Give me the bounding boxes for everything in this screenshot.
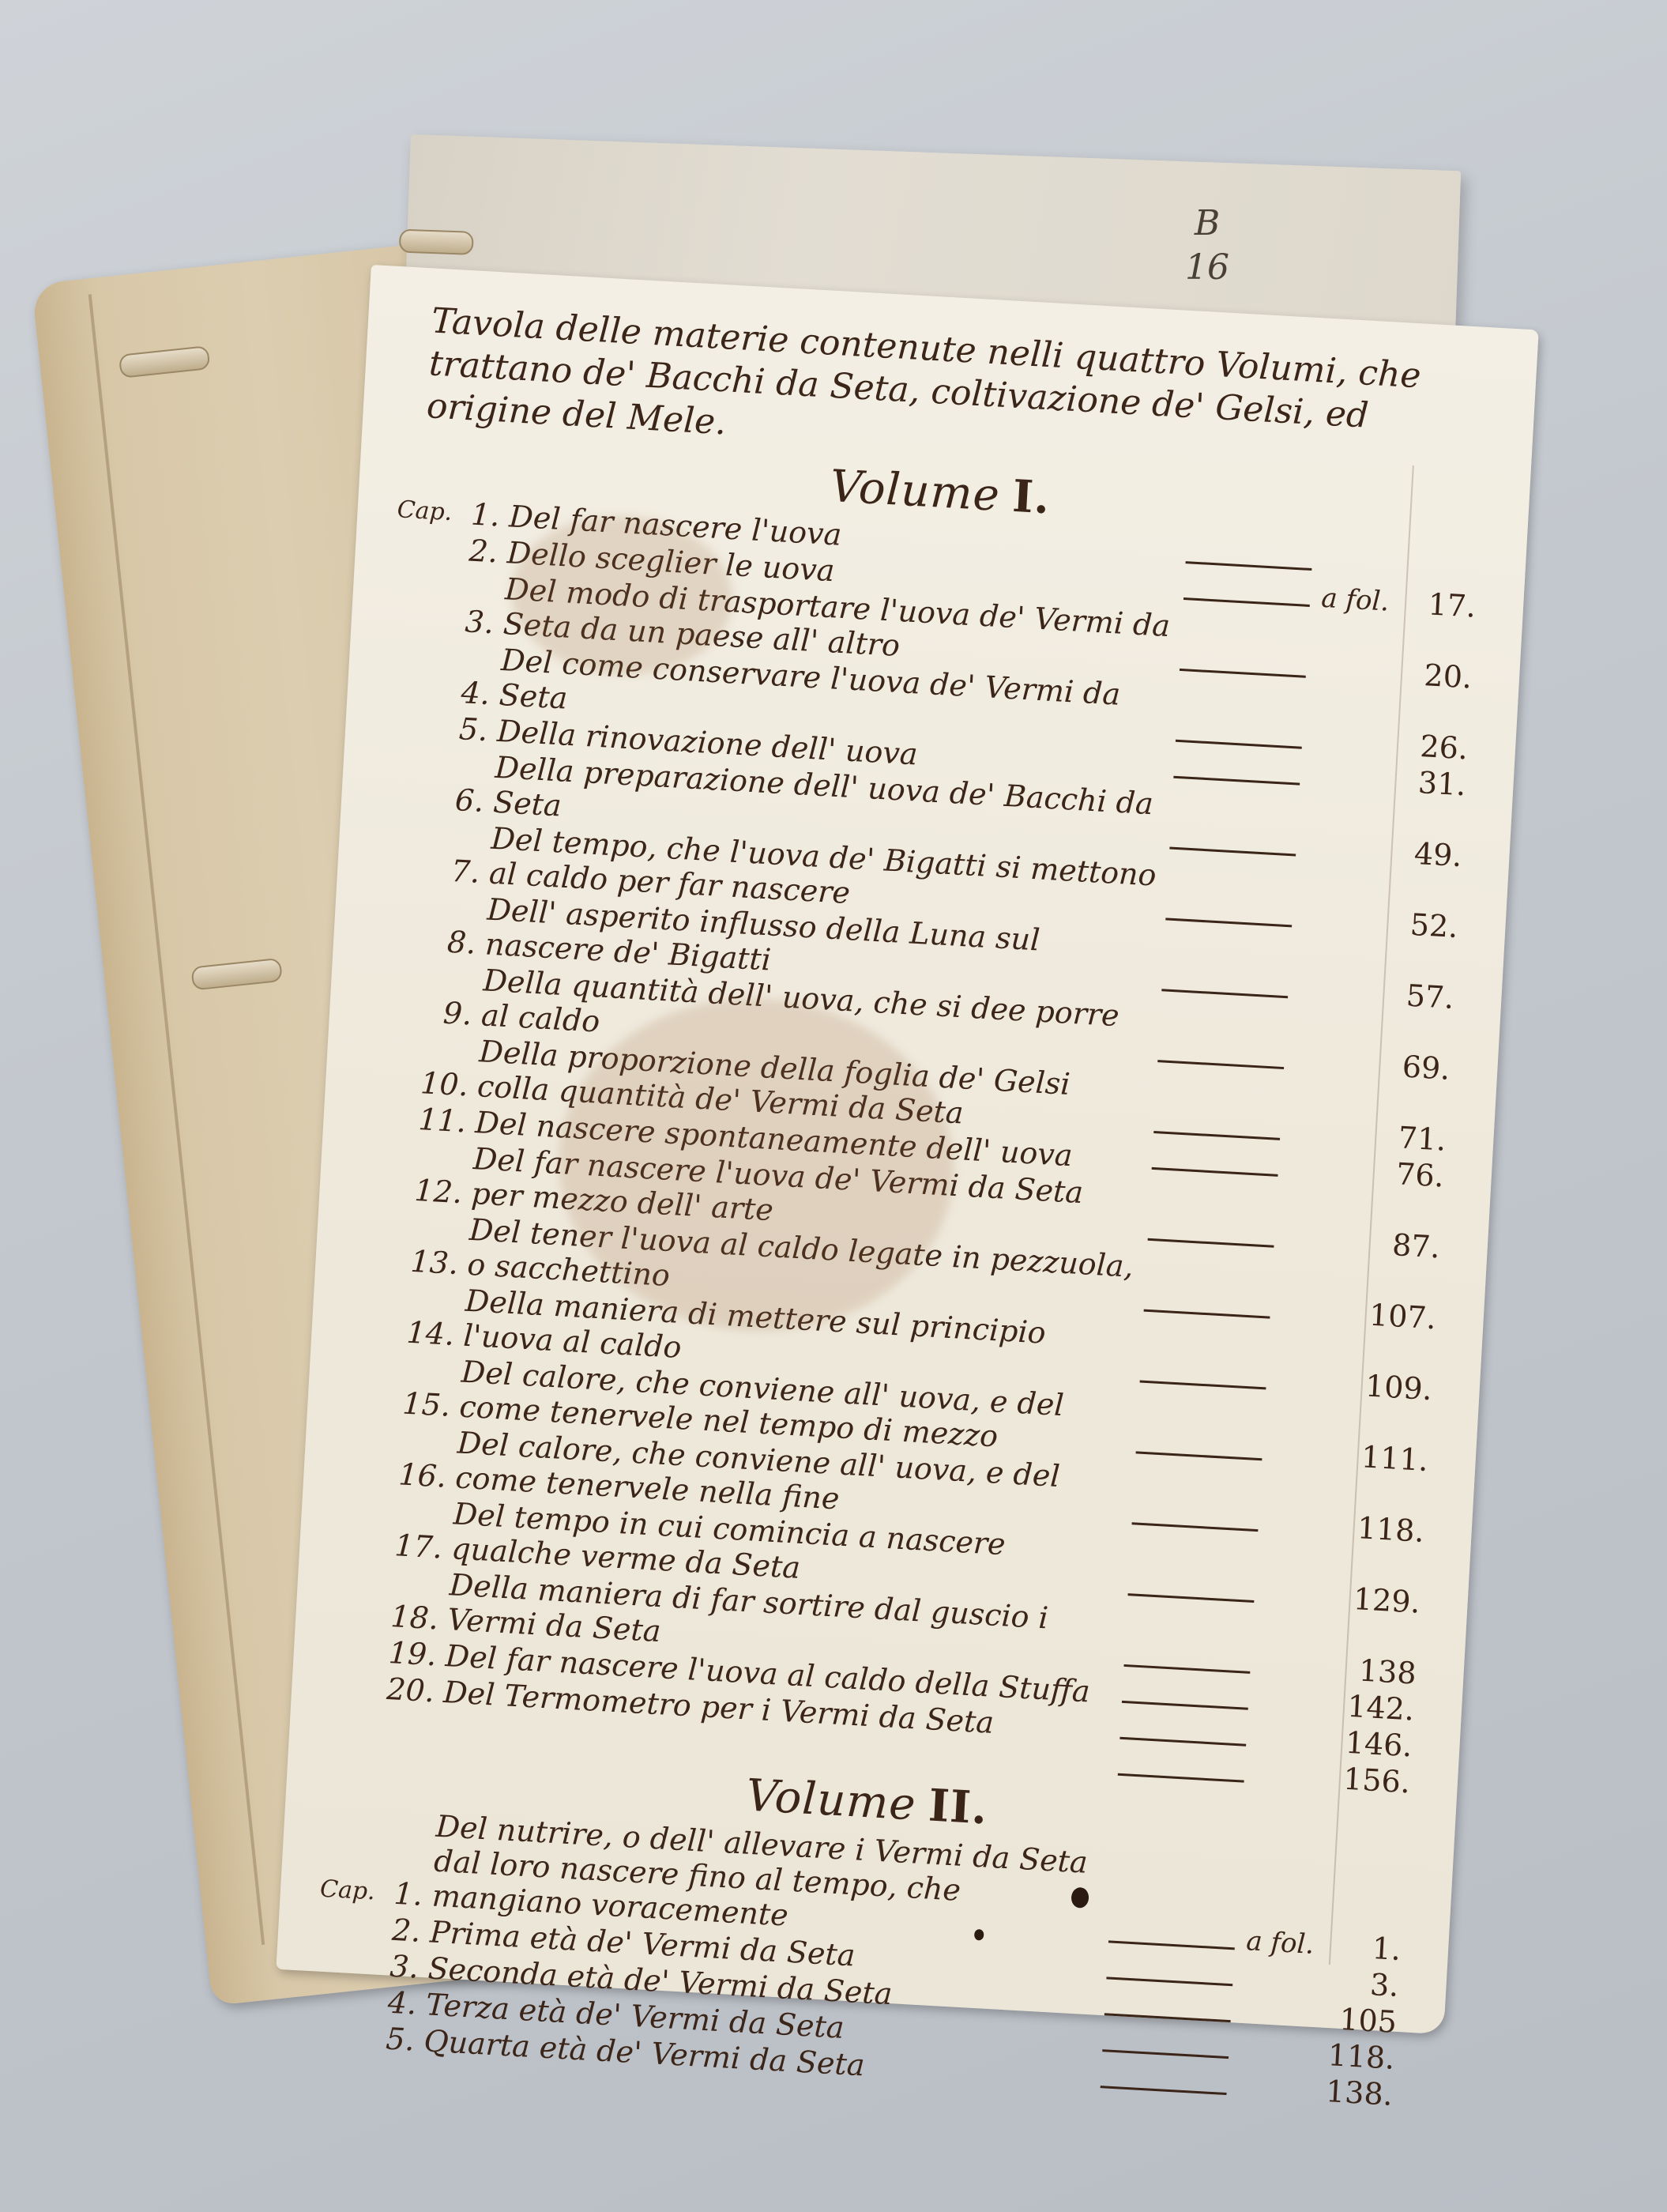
page-number: 26. xyxy=(1380,726,1469,766)
leader-line xyxy=(1169,847,1296,857)
chapter-number: 15. xyxy=(401,1385,460,1423)
leader-line xyxy=(1152,1167,1278,1177)
leader-line xyxy=(1165,918,1292,927)
chapter-number: 4. xyxy=(368,1984,427,2022)
chapter-number: 6. xyxy=(435,782,494,820)
shelfmark-number: 16 xyxy=(1185,246,1229,290)
page-number: 107. xyxy=(1349,1296,1437,1336)
page-number: 69. xyxy=(1362,1047,1451,1087)
leader-line xyxy=(1104,2013,1231,2022)
chapter-number: 18. xyxy=(389,1599,448,1637)
chapter-number: 5. xyxy=(439,710,498,748)
page-number: 109. xyxy=(1345,1367,1433,1407)
page-number: 71. xyxy=(1358,1118,1447,1158)
page-number: 52. xyxy=(1370,905,1458,944)
leader-line xyxy=(1157,1060,1284,1069)
page-number: 20. xyxy=(1384,655,1473,695)
chapter-number: 16. xyxy=(397,1456,456,1494)
spine-fold xyxy=(88,294,265,1945)
leader-line xyxy=(1161,989,1288,998)
page-number: 17. xyxy=(1388,585,1477,624)
folio-label: a fol. xyxy=(1317,581,1390,620)
leader-line xyxy=(1118,1773,1244,1783)
volume-numeral: I. xyxy=(1011,470,1052,525)
shelfmark-letter: B xyxy=(1185,202,1229,246)
volume-heading-word: Volume xyxy=(829,461,1002,522)
page-number: 31. xyxy=(1378,763,1466,802)
leader-line xyxy=(1173,776,1300,786)
folio-label: a fol. xyxy=(1242,1924,1315,1962)
chapter-number: 3. xyxy=(446,603,504,641)
page-number: 138. xyxy=(1305,2073,1394,2112)
chapter-number: 9. xyxy=(423,994,482,1032)
cap-label: Cap. xyxy=(319,1872,376,1910)
folio-label xyxy=(1234,2104,1305,2108)
page-number: 111. xyxy=(1341,1438,1429,1478)
page-number: 105 xyxy=(1309,2000,1398,2040)
page-number: 1. xyxy=(1313,1927,1402,1967)
leader-line xyxy=(1180,669,1306,678)
leader-line xyxy=(1136,1451,1262,1460)
volume-heading-word: Volume xyxy=(745,1770,918,1831)
leader-line xyxy=(1127,1593,1254,1603)
leader-line xyxy=(1106,1976,1232,1986)
page-number: 118. xyxy=(1337,1509,1425,1549)
chapter-number: 20. xyxy=(386,1671,444,1709)
leader-line xyxy=(1122,1701,1248,1710)
leader-line xyxy=(1132,1522,1259,1532)
page-number: 3. xyxy=(1311,1964,1399,2003)
chapter-number: 11. xyxy=(418,1102,476,1140)
leader-line xyxy=(1176,740,1302,749)
volume-numeral: II. xyxy=(928,1779,989,1834)
chapter-number: 14. xyxy=(405,1315,464,1353)
leader-line xyxy=(1119,1737,1246,1747)
folio-label xyxy=(1251,1791,1323,1795)
leader-line xyxy=(1183,597,1310,607)
chapter-number: 1. xyxy=(374,1875,433,1913)
page-number: 146. xyxy=(1324,1724,1413,1763)
chapter-number: 1. xyxy=(451,496,510,533)
chapter-number: 7. xyxy=(431,853,490,891)
leader-line xyxy=(1153,1131,1280,1140)
chapter-number: 5. xyxy=(367,2020,425,2058)
chapter-number: 2. xyxy=(450,532,508,570)
chapter-number: 8. xyxy=(427,923,486,961)
page-number: 57. xyxy=(1366,976,1454,1016)
leader-line xyxy=(1148,1238,1274,1248)
page-number: 76. xyxy=(1357,1154,1445,1193)
chapter-number: 2. xyxy=(372,1911,431,1949)
leader-line xyxy=(1102,2049,1229,2059)
page-number: 118. xyxy=(1307,2037,1395,2076)
leader-line xyxy=(1101,2086,1227,2095)
page-number: 87. xyxy=(1353,1225,1441,1264)
page-number: 138 xyxy=(1328,1652,1417,1691)
leader-line xyxy=(1123,1664,1250,1674)
chapter-number: 17. xyxy=(393,1528,452,1566)
binding-cord xyxy=(190,958,283,991)
cap-label: Cap. xyxy=(397,492,453,530)
binding-cord xyxy=(399,229,474,255)
page-number: 142. xyxy=(1326,1687,1415,1727)
page-number: 49. xyxy=(1374,834,1462,873)
chapter-number: 19. xyxy=(388,1635,446,1673)
chapter-number xyxy=(384,1743,441,1746)
page-number: 129. xyxy=(1333,1581,1421,1620)
chapter-number: 3. xyxy=(371,1947,429,1985)
manuscript-index-sheet: Tavola delle materie contenute nelli qua… xyxy=(276,265,1538,2034)
chapter-number: 13. xyxy=(409,1244,468,1282)
binding-cord xyxy=(119,345,211,379)
leader-line xyxy=(1144,1309,1270,1319)
leader-line xyxy=(1185,561,1311,571)
chapter-number: 4. xyxy=(442,674,500,712)
chapter-number: 10. xyxy=(420,1065,478,1103)
leader-line xyxy=(1108,1940,1235,1950)
page-number: 156. xyxy=(1323,1760,1411,1799)
shelfmark: B 16 xyxy=(1185,202,1229,290)
leader-line xyxy=(1140,1380,1266,1389)
chapter-number: 12. xyxy=(413,1173,472,1211)
